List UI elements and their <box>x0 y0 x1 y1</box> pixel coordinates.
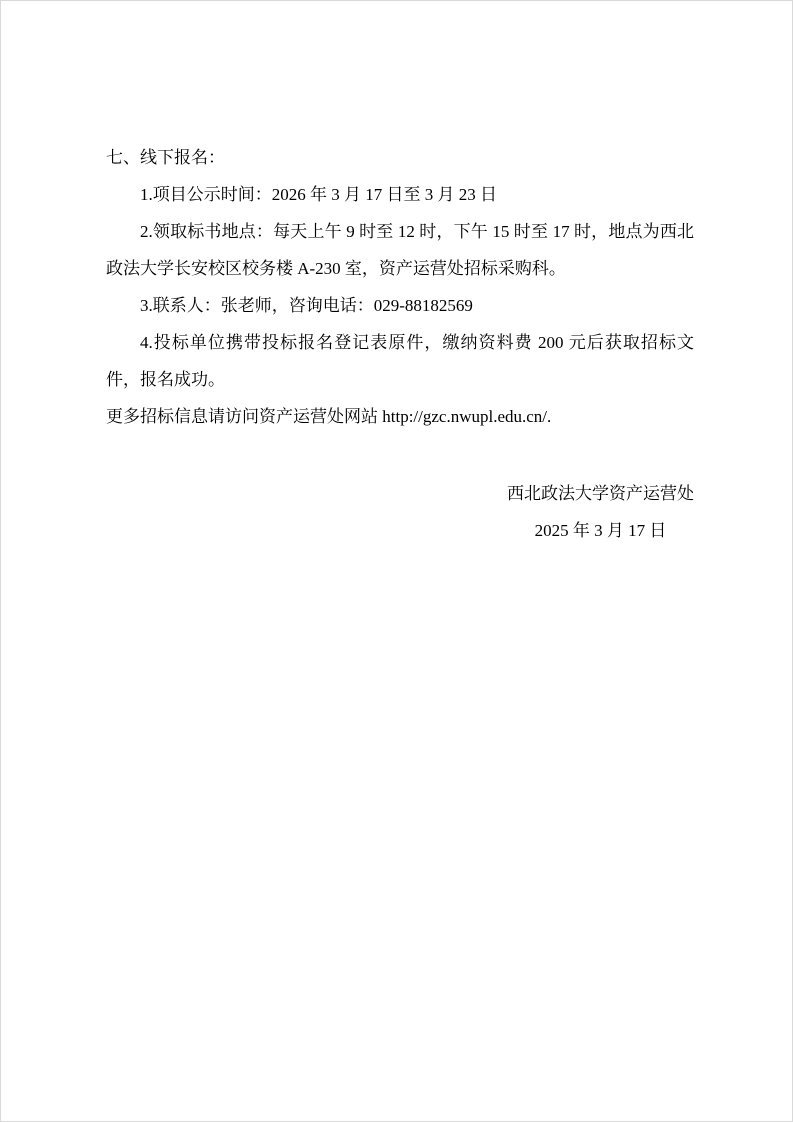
paragraph-registration: 4.投标单位携带投标报名登记表原件，缴纳资料费 200 元后获取招标文件，报名成… <box>106 324 694 398</box>
paragraph-pickup-location: 2.领取标书地点：每天上午 9 时至 12 时，下午 15 时至 17 时，地点… <box>106 213 694 287</box>
signature-date: 2025 年 3 月 17 日 <box>507 512 694 549</box>
signature-organization: 西北政法大学资产运营处 <box>507 475 694 512</box>
document-body: 七、线下报名： 1.项目公示时间：2026 年 3 月 17 日至 3 月 23… <box>106 139 694 549</box>
signature-block: 西北政法大学资产运营处 2025 年 3 月 17 日 <box>507 475 694 549</box>
document-page: 七、线下报名： 1.项目公示时间：2026 年 3 月 17 日至 3 月 23… <box>0 0 793 1122</box>
section-heading: 七、线下报名： <box>106 139 694 176</box>
paragraph-contact: 3.联系人：张老师，咨询电话：029-88182569 <box>106 287 694 324</box>
paragraph-publicity-time: 1.项目公示时间：2026 年 3 月 17 日至 3 月 23 日 <box>106 176 694 213</box>
paragraph-more-info-url: 更多招标信息请访问资产运营处网站 http://gzc.nwupl.edu.cn… <box>106 398 694 435</box>
